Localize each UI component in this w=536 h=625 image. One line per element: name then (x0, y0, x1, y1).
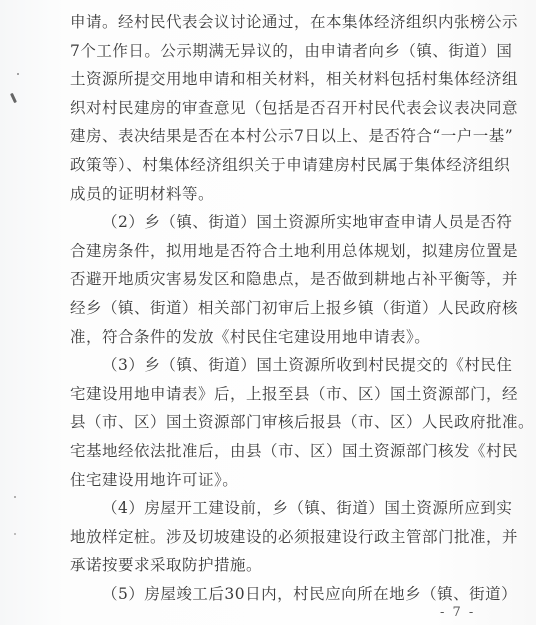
scan-speck (14, 533, 16, 535)
text-line: 申请。经村民代表会议讨论通过，在本集体经济组织内张榜公示 (70, 8, 486, 37)
paragraph-3-start: （3）乡（镇、街道）国土资源所收到村民提交的《村民住 (102, 351, 486, 380)
text-line: 合建房条件，拟用地是否符合土地利用总体规划，拟建房位置是 (70, 237, 486, 266)
text-line: 宅基地经依法批准后，由县（市、区）国土资源部门核发《村民 (70, 437, 486, 466)
text-line: 承诺按要求采取防护措施。 (70, 551, 486, 580)
scan-speck (14, 496, 16, 498)
text-line: 建房、表决结果是否在本村公示7日以上、是否符合“一户一基” (70, 122, 486, 151)
scan-mark (10, 93, 17, 103)
text-line: 政策等）、村集体经济组织关于申请建房村民属于集体经济组织 (70, 151, 486, 180)
scan-speck (17, 73, 19, 75)
text-line: 住宅建设用地许可证》。 (70, 466, 486, 495)
text-line: 地放样定桩。涉及切坡建设的必须报建设行政主管部门批准，并 (70, 523, 486, 552)
paragraph-4-start: （4）房屋开工建设前，乡（镇、街道）国土资源所应到实 (102, 494, 486, 523)
text-line: 土资源所提交用地申请和相关材料，相关材料包括村集体经济组 (70, 65, 486, 94)
text-line: 经乡（镇、街道）相关部门初审后上报乡镇（街道）人民政府核 (70, 294, 486, 323)
text-line: 宅建设用地申请表》后，上报至县（市、区）国土资源部门，经 (70, 380, 486, 409)
text-line: 县（市、区）国土资源部门审核后报县（市、区）人民政府批准。 (70, 408, 486, 437)
text-line: 织对村民建房的审查意见（包括是否召开村民代表会议表决同意 (70, 94, 486, 123)
paragraph-2-start: （2）乡（镇、街道）国土资源所实地审查申请人员是否符 (102, 208, 486, 237)
document-page: 申请。经村民代表会议讨论通过，在本集体经济组织内张榜公示 7个工作日。公示期满无… (0, 0, 536, 625)
text-line: 否避开地质灾害易发区和隐患点，是否做到耕地占补平衡等，并 (70, 265, 486, 294)
text-line: 7个工作日。公示期满无异议的，由申请者向乡（镇、街道）国 (70, 37, 486, 66)
page-number: - 7 - (440, 605, 475, 620)
text-line: 准，符合条件的发放《村民住宅建设用地申请表》。 (70, 323, 486, 352)
text-line: 成员的证明材料等。 (70, 180, 486, 209)
paragraph-5-start: （5）房屋竣工后30日内，村民应向所在地乡（镇、街道） (102, 580, 486, 609)
